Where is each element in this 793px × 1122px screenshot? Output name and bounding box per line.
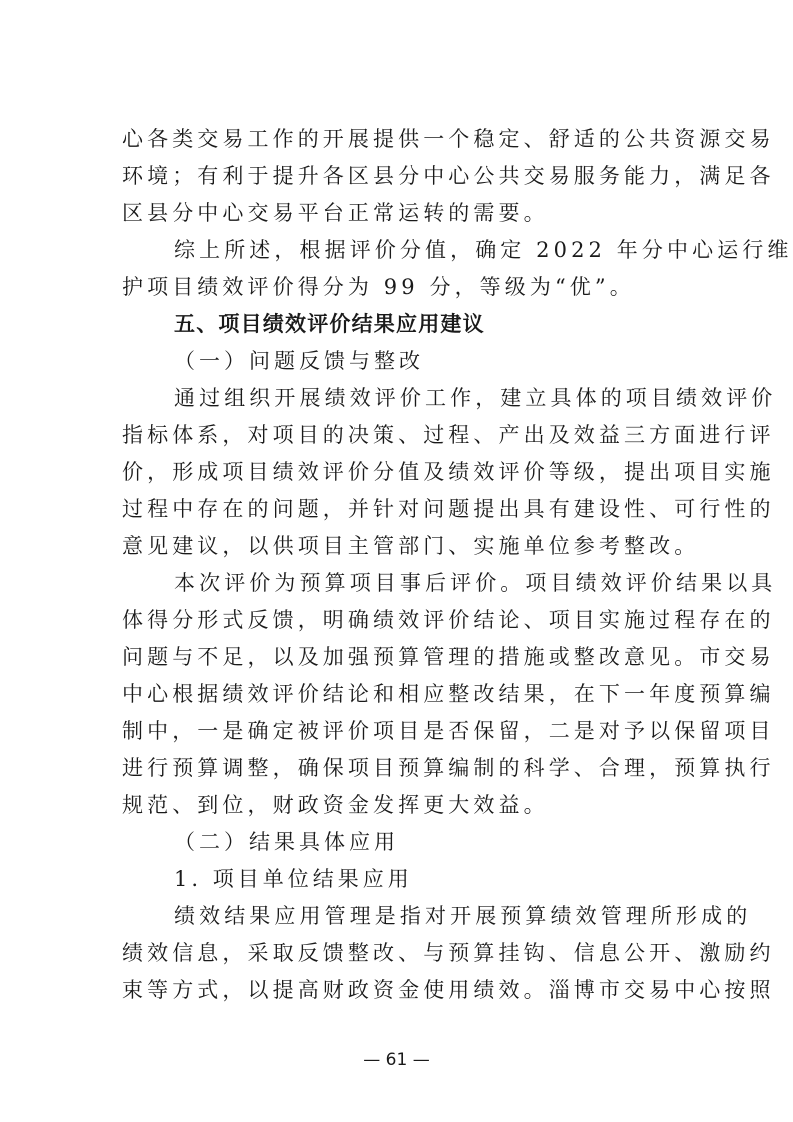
paragraph-line: 综上所述，根据评价分值，确定 2022 年分中心运行维 (122, 232, 674, 269)
paragraph-line: 过程中存在的问题，并针对问题提出具有建设性、可行性的 (122, 491, 674, 528)
paragraph-line: 问题与不足，以及加强预算管理的措施或整改意见。市交易 (122, 639, 674, 676)
paragraph-line: 区县分中心交易平台正常运转的需要。 (122, 195, 674, 232)
subsection-heading: （一）问题反馈与整改 (122, 343, 674, 380)
paragraph-line: 心各类交易工作的开展提供一个稳定、舒适的公共资源交易 (122, 121, 674, 158)
subsection-heading: （二）结果具体应用 (122, 824, 674, 861)
document-body: 心各类交易工作的开展提供一个稳定、舒适的公共资源交易 环境；有利于提升各区县分中… (122, 121, 674, 1009)
paragraph-line: 体得分形式反馈，明确绩效评价结论、项目实施过程存在的 (122, 602, 674, 639)
paragraph-line: 规范、到位，财政资金发挥更大效益。 (122, 787, 674, 824)
section-heading: 五、项目绩效评价结果应用建议 (122, 306, 674, 343)
numbered-heading: 1. 项目单位结果应用 (122, 861, 674, 898)
page-number: — 61 — (0, 1050, 793, 1070)
paragraph-line: 意见建议，以供项目主管部门、实施单位参考整改。 (122, 528, 674, 565)
paragraph-line: 环境；有利于提升各区县分中心公共交易服务能力，满足各 (122, 158, 674, 195)
paragraph-line: 束等方式，以提高财政资金使用绩效。淄博市交易中心按照 (122, 972, 674, 1009)
paragraph-line: 价，形成项目绩效评价分值及绩效评价等级，提出项目实施 (122, 454, 674, 491)
paragraph-line: 指标体系，对项目的决策、过程、产出及效益三方面进行评 (122, 417, 674, 454)
paragraph-line: 绩效结果应用管理是指对开展预算绩效管理所形成的 (122, 898, 674, 935)
paragraph-line: 制中，一是确定被评价项目是否保留，二是对予以保留项目 (122, 713, 674, 750)
paragraph-line: 绩效信息，采取反馈整改、与预算挂钩、信息公开、激励约 (122, 935, 674, 972)
paragraph-line: 护项目绩效评价得分为 99 分，等级为“优”。 (122, 269, 674, 306)
paragraph-line: 中心根据绩效评价结论和相应整改结果，在下一年度预算编 (122, 676, 674, 713)
paragraph-line: 本次评价为预算项目事后评价。项目绩效评价结果以具 (122, 565, 674, 602)
paragraph-line: 进行预算调整，确保项目预算编制的科学、合理，预算执行 (122, 750, 674, 787)
paragraph-line: 通过组织开展绩效评价工作，建立具体的项目绩效评价 (122, 380, 674, 417)
